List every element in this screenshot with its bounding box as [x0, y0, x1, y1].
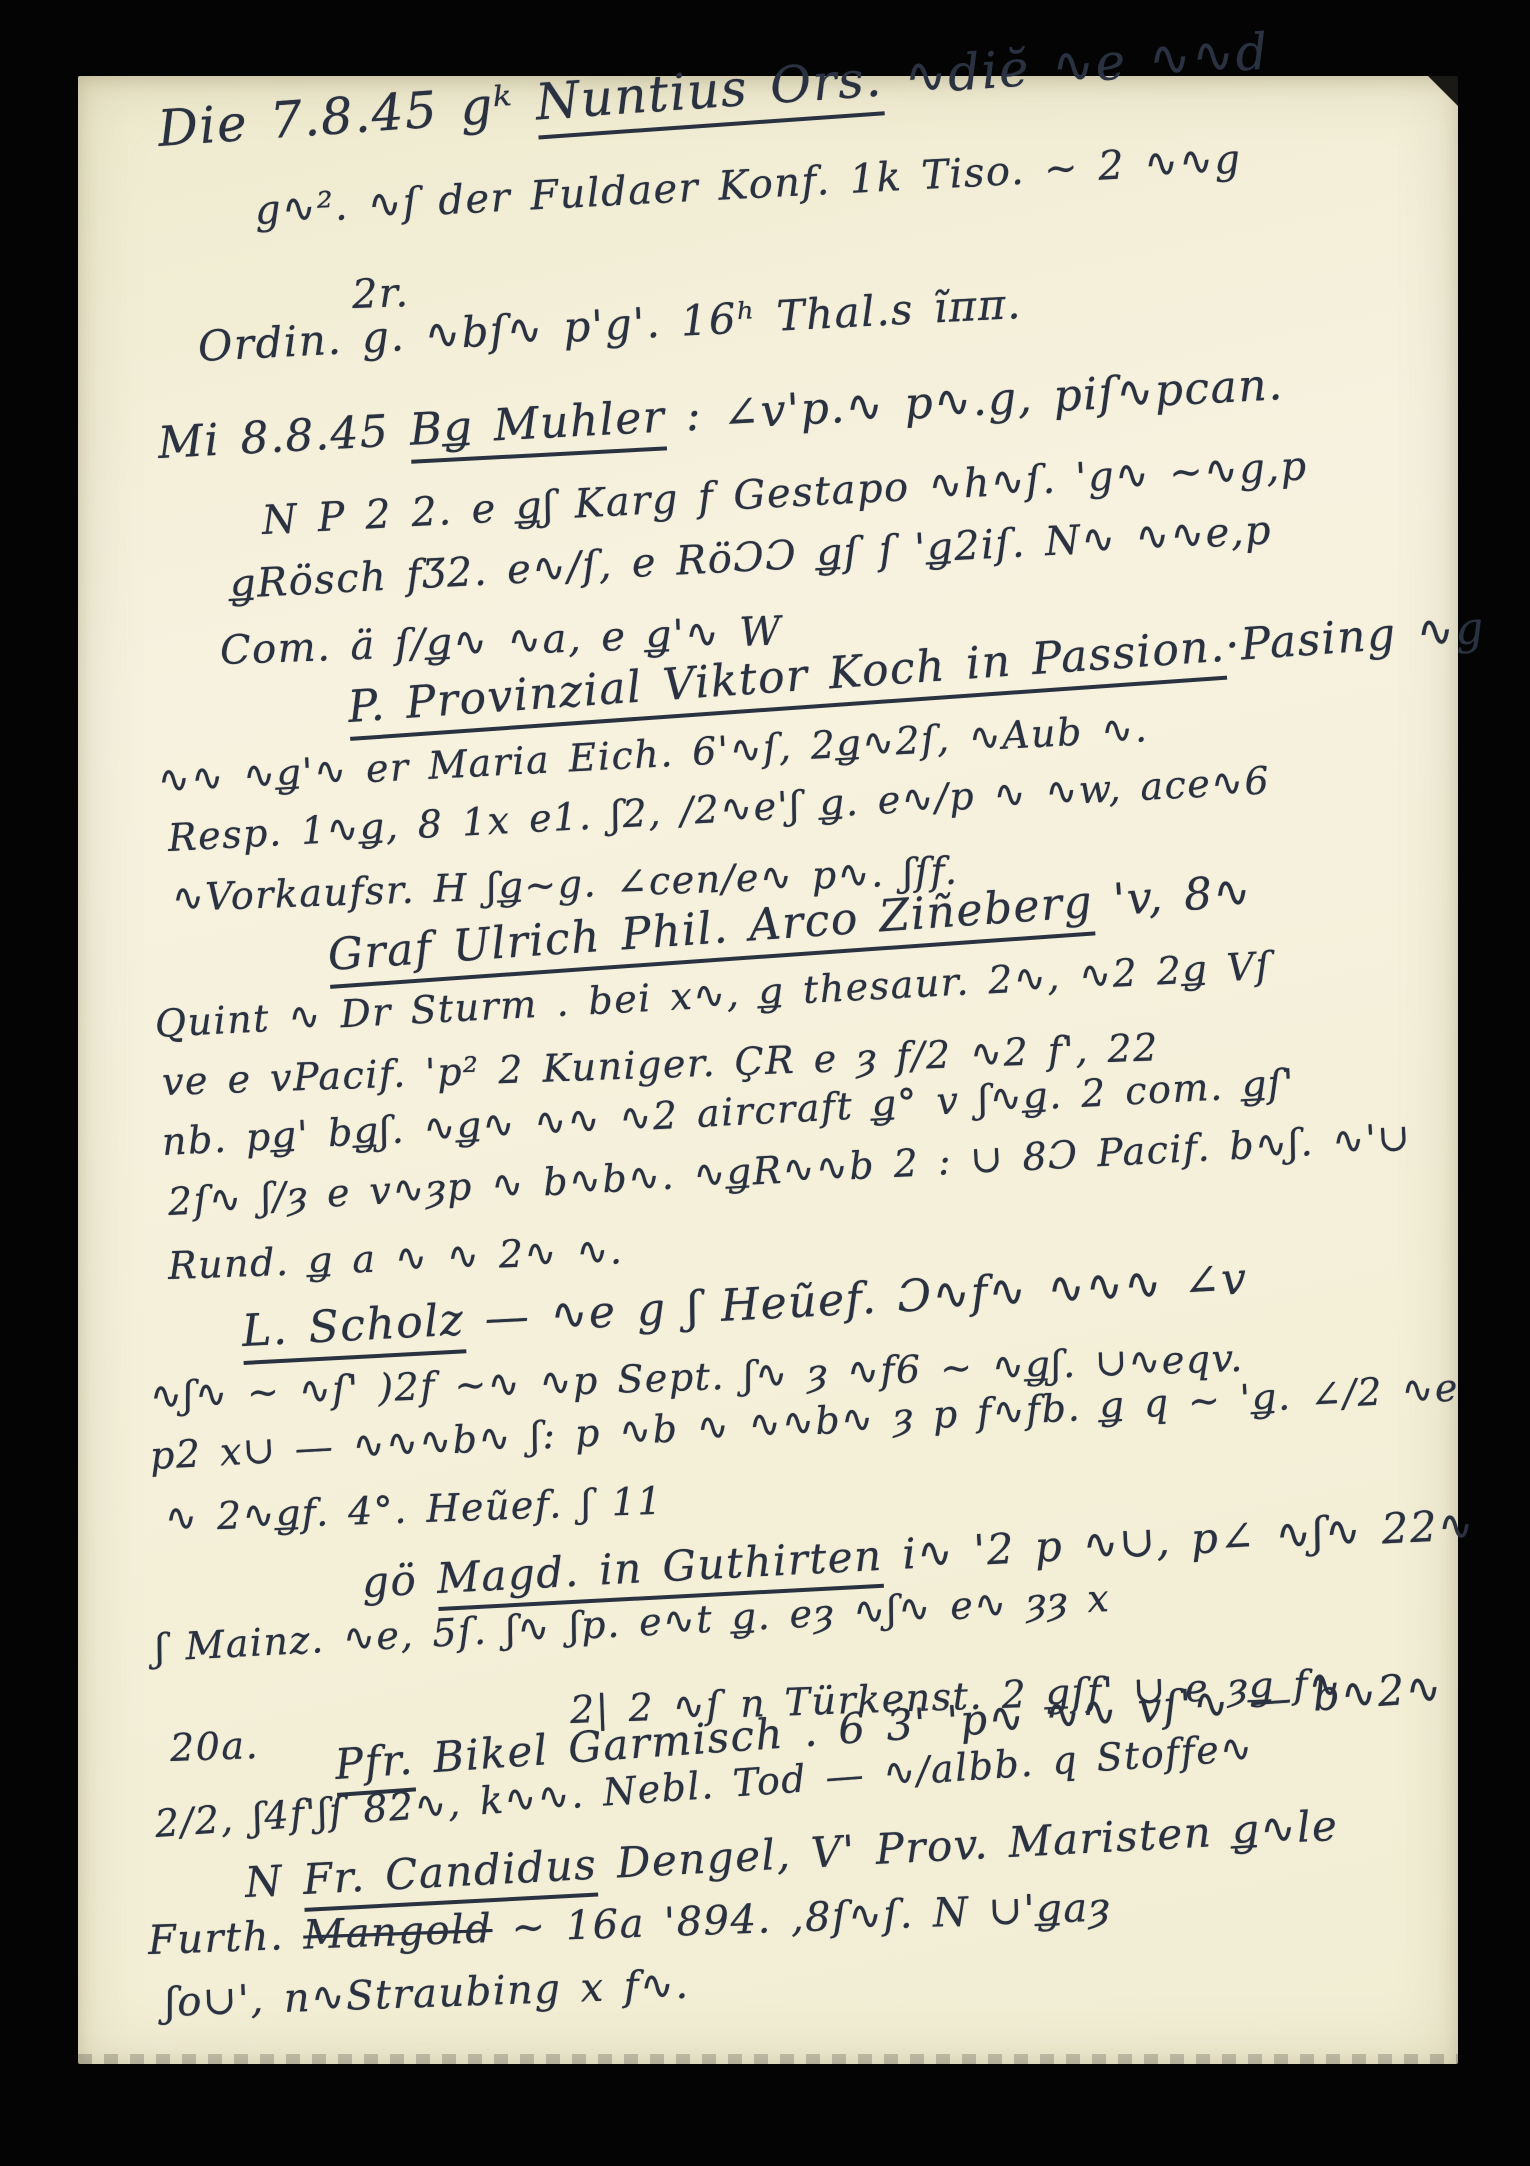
script-text: 'v, 8∿	[1091, 865, 1253, 927]
script-text: ∿ 2∿ǥf. 4°. Heũef. ʃ 11	[164, 1479, 663, 1540]
script-text: g∿². ∿ſ der Fuldaer Konf. 1k Tiso. ~ 2 ∿…	[254, 136, 1243, 234]
script-text: gö	[361, 1554, 438, 1607]
scan-background: Die 7.8.45 gᵏ Nuntius Ors. ∿diĕ ∿e ∿∿dg∿…	[0, 0, 1530, 2166]
underlined-script-text: L. Scholz	[241, 1294, 466, 1365]
underlined-script-text: Bǥ Muhler	[408, 391, 667, 463]
script-text: : ∠v'p.∿ p∿.g, piſ∿pcan.	[664, 359, 1285, 442]
script-text: Mi 8.8.45	[157, 405, 411, 469]
script-text: Die 7.8.45 gᵏ	[156, 74, 538, 158]
handwriting-line-31: ʃo∪', n∿Straubing x f∿.	[164, 1962, 690, 2026]
script-text: ʃo∪', n∿Straubing x f∿.	[164, 1962, 690, 2026]
handwriting-line-18: Rund. ǥ a ∿ ∿ 2∿ ∿.	[167, 1228, 624, 1288]
handwriting-line-1: Die 7.8.45 gᵏ Nuntius Ors. ∿diĕ ∿e ∿∿d	[156, 22, 1271, 158]
underlined-script-text: Nuntius Ors.	[534, 49, 885, 139]
script-text: Ordin. g. ∿bſ∿ p'g'. 16ʰ Thal.s ĩππ.	[197, 279, 1023, 371]
struck-script-text: Mangold	[303, 1906, 494, 1959]
handwriting-line-22: ∿ 2∿ǥf. 4°. Heũef. ʃ 11	[164, 1479, 663, 1540]
handwriting-line-4: Ordin. g. ∿bſ∿ p'g'. 16ʰ Thal.s ĩππ.	[197, 279, 1023, 371]
underlined-script-text: Fr. Candidus	[302, 1840, 599, 1912]
script-text: ∿diĕ ∿e ∿∿d	[880, 22, 1271, 107]
handwriting-layer: Die 7.8.45 gᵏ Nuntius Ors. ∿diĕ ∿e ∿∿dg∿…	[0, 0, 1530, 2166]
script-text: Rund. ǥ a ∿ ∿ 2∿ ∿.	[167, 1228, 624, 1288]
script-text: Dengel, V' Prov. Maristen ǥ∿le	[596, 1801, 1340, 1889]
script-text: Furth.	[147, 1913, 304, 1964]
script-text: ·Pasing ∿g	[1224, 603, 1487, 672]
script-text: i∿ '2 p ∿∪, p∠ ∿ʃ∿ 22∿	[881, 1500, 1476, 1580]
handwriting-line-2: g∿². ∿ſ der Fuldaer Konf. 1k Tiso. ~ 2 ∿…	[254, 136, 1243, 234]
handwriting-line-26: 20a.	[169, 1723, 260, 1770]
script-text: N	[244, 1855, 305, 1907]
script-text: 20a.	[169, 1723, 260, 1770]
